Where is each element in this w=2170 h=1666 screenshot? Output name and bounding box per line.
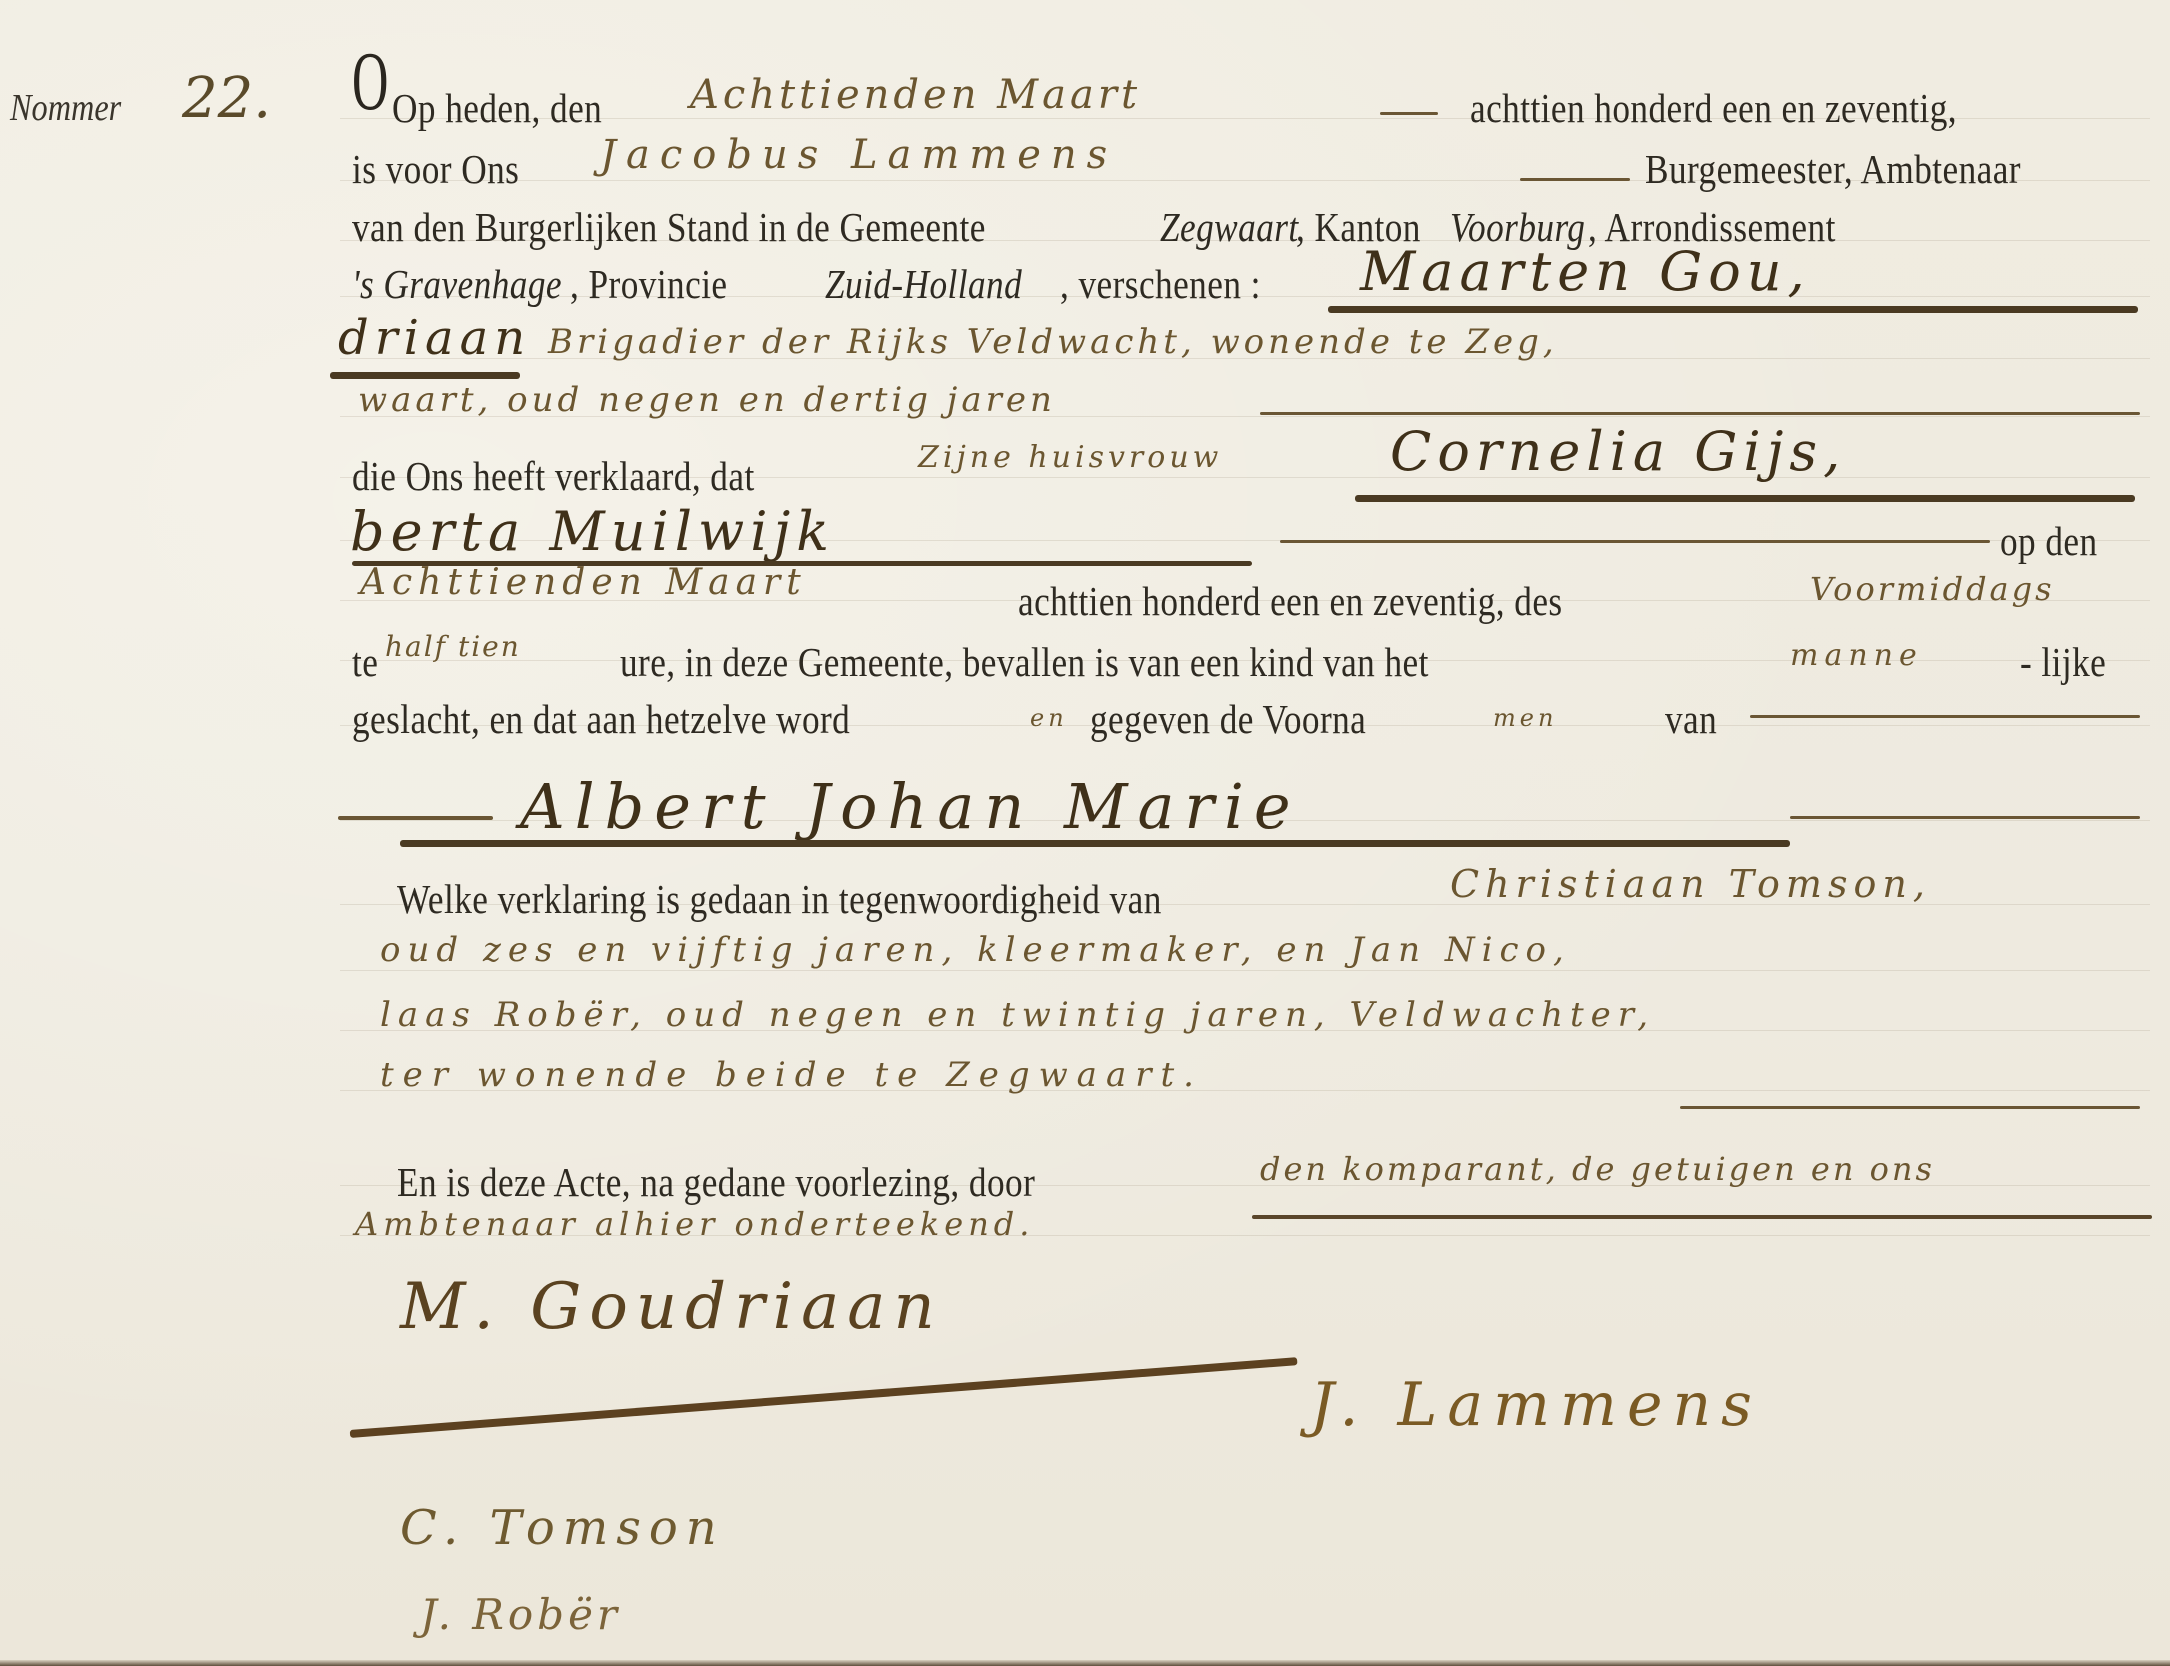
entry-number: Nommer 22. <box>10 86 141 130</box>
province: Zuid-Holland <box>825 260 1022 308</box>
handwritten-declarant-name: Maarten Gou, <box>1360 240 1811 303</box>
line-1-text: Op heden, den <box>392 84 636 132</box>
printed-text: op den <box>2000 517 2098 565</box>
handwritten-witness-2-details: laas Robër, oud negen en twintig jaren, … <box>380 995 1655 1035</box>
printed-text: gegeven de Voorna <box>1090 695 1366 743</box>
printed-text: , verschenen : <box>1060 260 1261 308</box>
handwritten-declarant-name-cont: driaan <box>338 310 531 366</box>
register-page: Nommer 22. O Op heden, den Achttienden M… <box>0 0 2170 1666</box>
printed-text: achttien honderd een en zeventig, des <box>1018 577 1563 625</box>
printed-text: , Provincie <box>570 260 728 308</box>
handwritten-time-of-day: Voormiddags <box>1810 570 2055 608</box>
printed-text: - lijke <box>2020 638 2106 686</box>
printed-text: van den Burgerlijken Stand in de Gemeent… <box>352 203 986 251</box>
line-3: van den Burgerlijken Stand in de Gemeent… <box>352 203 1089 251</box>
handwritten-age: waart, oud negen en dertig jaren <box>358 380 1056 420</box>
initial-o: O <box>352 40 388 124</box>
handwritten-relation: Zijne huisvrouw <box>918 440 1222 475</box>
printed-text: Burgemeester, Ambtenaar <box>1645 145 2021 193</box>
handwritten-witness-residence: ter wonende beide te Zegwaart. <box>380 1055 1203 1095</box>
handwritten-plural-correction: men <box>1493 704 1557 732</box>
handwritten-official-name: Jacobus Lammens <box>600 132 1117 178</box>
handwritten-child-name: Albert Johan Marie <box>520 770 1301 843</box>
handwritten-witness-1-details: oud zes en vijftig jaren, kleermaker, en… <box>380 930 1571 970</box>
signature-witness-1: C. Tomson <box>400 1500 725 1556</box>
handwritten-birth-date: Achttienden Maart <box>360 562 807 603</box>
printed-text: En is deze Acte, na gedane voorlezing, d… <box>397 1158 1035 1206</box>
printed-text: van <box>1665 695 1717 743</box>
handwritten-mother-name: Cornelia Gijs, <box>1390 420 1846 483</box>
handwritten-plural-correction: en <box>1030 704 1068 732</box>
handwritten-signatories: den komparant, de getuigen en ons <box>1260 1150 1935 1188</box>
printed-text: achttien honderd een en zeventig, <box>1470 84 1957 132</box>
signature-official: J. Lammens <box>1310 1370 1762 1440</box>
handwritten-sex: manne <box>1790 638 1923 673</box>
printed-text: ure, in deze Gemeente, bevallen is van e… <box>620 638 1429 686</box>
printed-text: die Ons heeft verklaard, dat <box>352 452 755 500</box>
printed-text: Op heden, den <box>392 84 602 132</box>
handwritten-occupation: Brigadier der Rijks Veldwacht, wonende t… <box>548 322 1558 362</box>
nommer-label: Nommer <box>10 86 121 130</box>
handwritten-witness-1: Christiaan Tomson, <box>1450 862 1931 906</box>
printed-text: is voor Ons <box>352 145 519 193</box>
arrondissement: 's Gravenhage <box>352 260 562 308</box>
handwritten-hour: half tien <box>385 630 521 663</box>
handwritten-mother-name-cont: berta Muilwijk <box>350 500 835 563</box>
printed-text: te <box>352 638 378 686</box>
printed-text: geslacht, en dat aan hetzelve word <box>352 695 850 743</box>
signature-witness-2: J. Robër <box>420 1590 621 1639</box>
entry-number-value: 22. <box>182 66 271 131</box>
printed-text: Welke verklaring is gedaan in tegenwoord… <box>397 875 1162 923</box>
handwritten-date: Achttienden Maart <box>690 72 1141 118</box>
municipality: Zegwaart <box>1160 203 1299 251</box>
handwritten-closing: Ambtenaar alhier onderteekend. <box>355 1205 1034 1243</box>
signature-declarant: M. Goudriaan <box>400 1270 943 1344</box>
